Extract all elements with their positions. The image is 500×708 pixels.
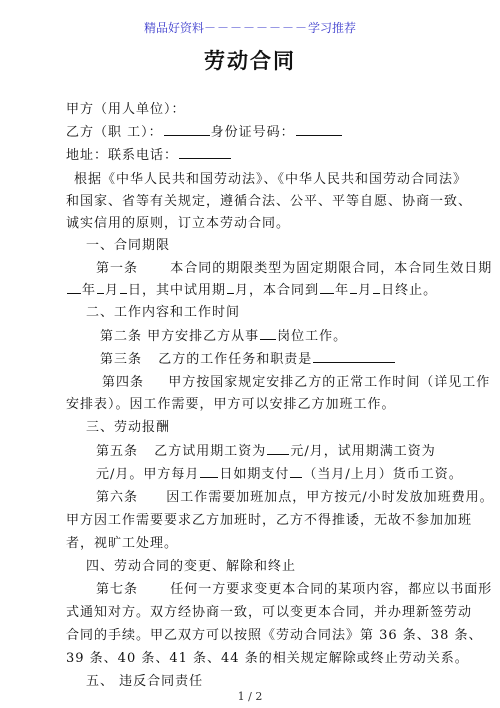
- header-link[interactable]: 精品好资料－－－－－－－－学习推荐: [0, 19, 500, 36]
- article-text: 因工作需要加班加点，甲方按元/小时发放加班费用。: [166, 490, 493, 505]
- article-7-line-1: 第七条 任何一方要求变更本合同的某项内容，都应以书面形: [96, 578, 492, 597]
- party-a-label: 甲方（用人单位）：: [66, 102, 186, 117]
- article-label: 第六条: [96, 490, 138, 505]
- probation-wage-blank[interactable]: [267, 442, 289, 455]
- article-text: 任何一方要求变更本合同的某项内容，都应以书面形: [170, 582, 492, 597]
- article-text-end: 岗位工作。: [277, 329, 347, 344]
- article-label: 第四条: [102, 375, 144, 390]
- article-text: 本合同的期限类型为固定期限合同，本合同生效日期: [170, 261, 492, 276]
- preamble-line-3: 诚实信用的原则，订立本劳动合同。: [66, 212, 290, 231]
- phone-blank[interactable]: [179, 146, 231, 159]
- article-6-line-2: 甲方因工作需要要求乙方加班时，乙方不得推诿，无故不参加加班: [66, 509, 472, 528]
- end-year-blank[interactable]: [320, 281, 334, 294]
- section-heading: 三、劳动报酬: [86, 416, 170, 435]
- section-heading: 一、合同期限: [86, 234, 170, 253]
- article-text: 甲方安排乙方从事: [147, 329, 259, 344]
- article-label: 第五条: [96, 444, 138, 459]
- section-heading: 五、 违反合同责任: [86, 670, 203, 689]
- article-label: 第一条: [96, 261, 138, 276]
- article-7-line-3: 合同的手续。甲乙双方可以按照《劳动合同法》第 36 条、38 条、: [66, 624, 482, 643]
- address-line: 地址：联系电话：: [66, 144, 232, 163]
- article-7-line-4: 39 条、40 条、41 条、44 条的相关规定解除或终止劳动关系。: [66, 647, 469, 666]
- header-link-dashes: －－－－－－－－: [204, 21, 308, 35]
- article-6-line-1: 第六条 因工作需要加班加点，甲方按元/小时发放加班费用。: [96, 486, 494, 505]
- end-day-blank[interactable]: [373, 281, 380, 294]
- party-b-label: 乙方（职 工）：: [66, 125, 163, 140]
- article-text: 甲方按国家规定安排乙方的正常工作时间（详见工作: [168, 375, 490, 390]
- id-number-label: 身份证号码：: [211, 125, 295, 140]
- article-text: 元/月，试用期满工资为: [290, 444, 435, 459]
- article-4-line-1: 第四条 甲方按国家规定安排乙方的正常工作时间（详见工作: [102, 371, 490, 390]
- month-blank[interactable]: [97, 281, 104, 294]
- header-link-right: 学习推荐: [308, 21, 356, 35]
- article-5-line-2: 元/月。甲方每月日如期支付（当月/上月）货币工资。: [96, 463, 463, 482]
- id-number-blank[interactable]: [296, 123, 342, 136]
- article-text: 乙方的工作任务和职责是: [158, 352, 312, 367]
- party-a-line: 甲方（用人单位）：: [66, 98, 186, 117]
- day-blank[interactable]: [120, 281, 127, 294]
- article-label: 第七条: [96, 582, 138, 597]
- end-month-blank[interactable]: [350, 281, 357, 294]
- preamble-line-1: 根据《中华人民共和国劳动法》、《中华人民共和国劳动合同法》: [74, 168, 467, 187]
- article-text: 日如期支付: [219, 467, 289, 482]
- party-b-name-blank[interactable]: [164, 123, 210, 136]
- article-label: 第二条: [100, 329, 142, 344]
- page-indicator: 1 / 2: [0, 690, 500, 703]
- article-3-line: 第三条 乙方的工作任务和职责是: [100, 348, 396, 367]
- duties-blank[interactable]: [313, 350, 395, 363]
- party-b-line: 乙方（职 工）：身份证号码：: [66, 121, 343, 140]
- year-blank[interactable]: [67, 281, 81, 294]
- preamble-line-2: 和国家、省等有关规定，遵循合法、公平、平等自愿、协商一致、: [66, 190, 472, 209]
- header-link-left: 精品好资料: [144, 21, 204, 35]
- article-text: 乙方试用期工资为: [154, 444, 266, 459]
- article-label: 第三条: [100, 352, 142, 367]
- article-text: 元/月。甲方每月: [96, 467, 199, 482]
- position-blank[interactable]: [260, 327, 276, 340]
- article-7-line-2: 式通知对方。双方经协商一致，可以变更本合同，并办理新签劳动: [66, 601, 472, 620]
- article-1-line-2: 年月日，其中试用期月，本合同到年月日终止。: [66, 279, 437, 298]
- pay-day-blank[interactable]: [200, 465, 218, 478]
- article-5-line-1: 第五条 乙方试用期工资为元/月，试用期满工资为: [96, 440, 436, 459]
- article-1-line-1: 第一条 本合同的期限类型为固定期限合同，本合同生效日期: [96, 257, 492, 276]
- address-phone-label: 地址：联系电话：: [66, 148, 178, 163]
- pay-month-blank[interactable]: [290, 465, 302, 478]
- section-heading: 二、工作内容和工作时间: [86, 301, 240, 320]
- section-heading: 四、劳动合同的变更、解除和终止: [86, 555, 296, 574]
- article-2-line: 第二条 甲方安排乙方从事岗位工作。: [100, 325, 347, 344]
- article-text: （当月/上月）货币工资。: [303, 467, 462, 482]
- article-4-line-2: 安排表）。因工作需要，甲方可以安排乙方加班工作。: [66, 393, 396, 412]
- probation-months-blank[interactable]: [227, 281, 234, 294]
- document-title: 劳动合同: [0, 45, 500, 75]
- article-6-line-3: 者，视旷工处理。: [66, 532, 178, 551]
